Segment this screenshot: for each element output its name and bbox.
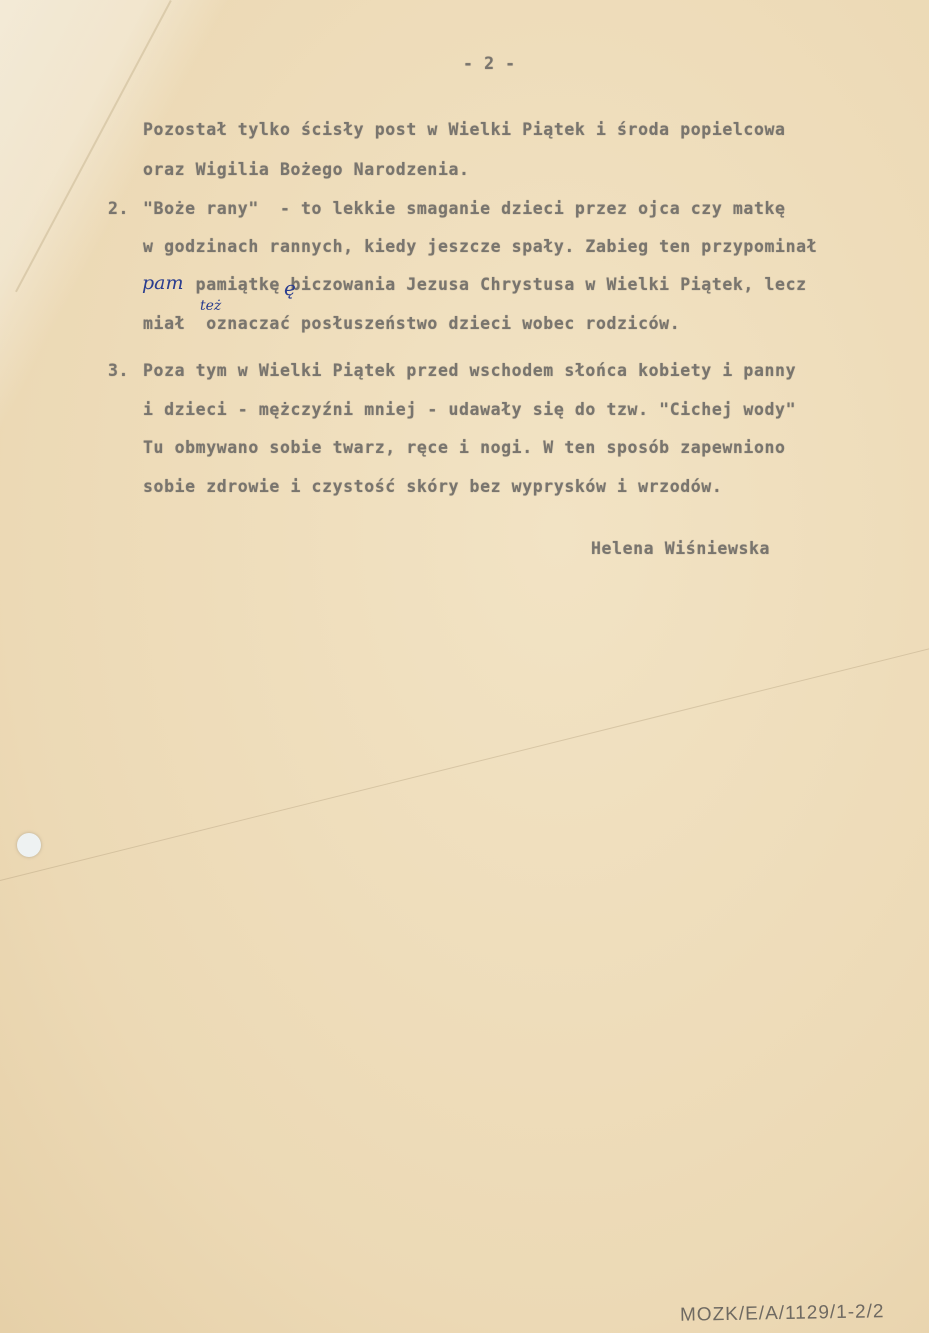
paper-crease — [0, 638, 929, 881]
intro-line-2: oraz Wigilia Bożego Narodzenia. — [143, 160, 470, 179]
archive-reference: MOZK/E/A/1129/1-2/2 — [680, 1301, 885, 1327]
item-3-line-4: sobie zdrowie i czystość skóry bez wypry… — [143, 477, 722, 496]
item-2-line-3: pamiątkę biczowania Jezusa Chrystusa w W… — [143, 275, 807, 294]
page-number: - 2 - — [463, 54, 516, 73]
item-3-number: 3. — [108, 361, 129, 380]
scanned-page: - 2 - Pozostał tylko ścisły post w Wielk… — [0, 0, 929, 1333]
intro-line-1: Pozostał tylko ścisły post w Wielki Piąt… — [143, 120, 786, 139]
item-2-line-4: miał oznaczać posłuszeństwo dzieci wobec… — [143, 314, 680, 333]
signature: Helena Wiśniewska — [591, 539, 770, 558]
item-3-line-3: Tu obmywano sobie twarz, ręce i nogi. W … — [143, 438, 786, 457]
item-3-line-2: i dzieci - mężczyźni mniej - udawały się… — [143, 400, 796, 419]
item-2-line-2: w godzinach rannych, kiedy jeszcze spały… — [143, 237, 817, 256]
handwritten-correction-e: ę — [284, 276, 296, 300]
handwritten-insert-tez: też — [200, 298, 221, 314]
item-2-number: 2. — [108, 199, 129, 218]
handwritten-insert-pam: pam — [142, 272, 184, 294]
item-3-line-1: Poza tym w Wielki Piątek przed wschodem … — [143, 361, 796, 380]
punch-hole — [17, 833, 41, 857]
item-2-line-1: "Boże rany" - to lekkie smaganie dzieci … — [143, 199, 786, 218]
